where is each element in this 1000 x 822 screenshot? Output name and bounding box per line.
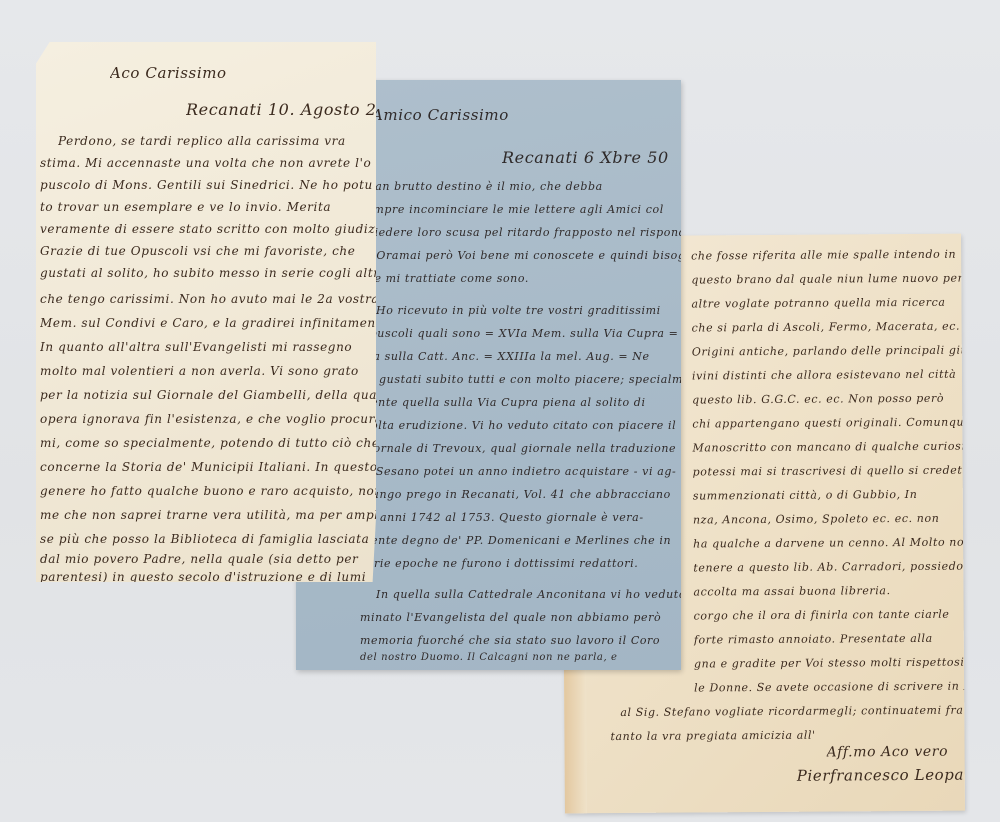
- letter-line: chi appartengano questi originali. Comun…: [692, 416, 962, 431]
- letter-line: Mem. sul Condivi e Caro, e la gradirei i…: [40, 316, 376, 330]
- letter-line: Giornale di Trevoux, qual giornale nella…: [360, 442, 681, 455]
- letter-line: corgo che il ora di finirla con tante ci…: [694, 608, 964, 623]
- letter-line: molto mal volentieri a non averla. Vi so…: [40, 364, 376, 378]
- letter-line: se più che posso la Biblioteca di famigl…: [40, 532, 376, 546]
- letter-line: Grazie di tue Opuscoli vsi che mi favori…: [40, 244, 376, 258]
- letter-line: che tengo carissimi. Non ho avuto mai le…: [40, 292, 376, 306]
- letter-dateline: Recanati 10. Agosto 29.: [186, 100, 376, 119]
- letter-dateline: Recanati 6 Xbre 50: [502, 148, 681, 167]
- letter-line: nza, Ancona, Osimo, Spoleto ec. ec. non: [693, 512, 963, 527]
- letter-line: Opuscoli quali sono = XVIa Mem. sulla Vi…: [360, 327, 681, 340]
- letter-line: accolta ma assai buona libreria.: [693, 584, 963, 599]
- letter-line: chiedere loro scusa pel ritardo frappost…: [360, 226, 681, 239]
- letter-line: genere ho fatto qualche buono e raro acq…: [40, 484, 376, 498]
- letter-line: le Donne. Se avete occasione di scrivere…: [694, 680, 964, 695]
- letter-line: altre voglate potranno quella mia ricerc…: [691, 296, 961, 311]
- letter-line: ivini distinti che allora esistevano nel…: [692, 368, 962, 383]
- letter-line: stima. Mi accennaste una volta che non a…: [40, 156, 376, 170]
- letter-line: tanto la vra pregiata amicizia all': [610, 728, 964, 743]
- letter-line: che si parla di Ascoli, Fermo, Macerata,…: [692, 320, 962, 335]
- letter-cream-left: Aco Carissimo Recanati 10. Agosto 29. Pe…: [36, 42, 376, 582]
- letter-line: li. Oramai però Voi bene mi conoscete e …: [360, 249, 681, 262]
- letter-line: puscolo di Mons. Gentili sui Sinedrici. …: [40, 178, 376, 192]
- letter-line: gustati al solito, ho subito messo in se…: [40, 266, 376, 280]
- letter-line: che mi trattiate come sono.: [360, 272, 681, 285]
- letter-line: concerne la Storia de' Municipii Italian…: [40, 460, 376, 474]
- letter-line: me che non saprei trarne vera utilità, m…: [40, 508, 376, 522]
- letter-line: parentesi) in questo secolo d'istruzione…: [40, 570, 376, 584]
- letter-line: gna e gradite per Voi stesso molti rispe…: [694, 656, 964, 671]
- letter-line: tenere a questo lib. Ab. Carradori, poss…: [693, 560, 963, 575]
- letter-line: Gran brutto destino è il mio, che debba: [360, 180, 681, 193]
- letter-line: Ho ricevuto in più volte tre vostri grad…: [376, 304, 681, 317]
- letter-line: gli anni 1742 al 1753. Questo giornale è…: [360, 511, 681, 524]
- letter-line: opera ignorava fin l'esistenza, e che vo…: [40, 412, 376, 426]
- letter-line: giungo prego in Recanati, Vol. 41 che ab…: [360, 488, 681, 501]
- letter-line: mente quella sulla Via Cupra piena al so…: [360, 396, 681, 409]
- letter-line: to trovar un esemplare e ve lo invio. Me…: [40, 200, 376, 214]
- letter-line: al Sig. Stefano vogliate ricordarmegli; …: [620, 704, 964, 719]
- letter-line: memoria fuorché che sia stato suo lavoro…: [360, 634, 681, 647]
- letter-line: varie epoche ne furono i dottissimi reda…: [360, 557, 681, 570]
- letter-line: di Sesano potei un anno indietro acquist…: [360, 465, 681, 478]
- letter-closing: Aff.mo Aco vero: [827, 744, 965, 761]
- letter-line: molta erudizione. Vi ho veduto citato co…: [360, 419, 681, 432]
- letter-line: minato l'Evangelista del quale non abbia…: [360, 611, 681, 624]
- letter-line: sempre incominciare le mie lettere agli …: [360, 203, 681, 216]
- letter-line: ha qualche a darvene un cenno. Al Molto …: [693, 536, 963, 551]
- letter-line: mente degno de' PP. Domenicani e Merline…: [360, 534, 681, 547]
- letter-line: mi, come so specialmente, potendo di tut…: [40, 436, 376, 450]
- letter-line: Perdono, se tardi replico alla carissima…: [58, 134, 376, 148]
- letter-signature: Pierfrancesco Leopardi: [797, 766, 965, 785]
- letter-line: veramente di essere stato scritto con mo…: [40, 222, 376, 236]
- letter-line: XIa sulla Catt. Anc. = XXIIIa la mel. Au…: [360, 350, 681, 363]
- letter-line: Origini antiche, parlando delle principa…: [692, 344, 962, 359]
- letter-line: Manoscritto con mancano di qualche curio…: [692, 440, 962, 455]
- letter-salutation: Amico Carissimo: [372, 106, 681, 124]
- letter-line: che fosse riferita alle mie spalle inten…: [691, 248, 961, 263]
- letter-salutation: Aco Carissimo: [110, 64, 376, 82]
- letter-line: questo brano dal quale niun lume nuovo p…: [691, 272, 961, 287]
- letter-line: summenzionati città, o di Gubbio, In: [693, 488, 963, 503]
- letter-line: dal mio povero Padre, nella quale (sia d…: [40, 552, 376, 566]
- letter-line: ho gustati subito tutti e con molto piac…: [360, 373, 681, 386]
- letter-line: per la notizia sul Giornale del Giambell…: [40, 388, 376, 402]
- letter-line: forte rimasto annoiato. Presentate alla: [694, 632, 964, 647]
- letter-line: In quanto all'altra sull'Evangelisti mi …: [40, 340, 376, 354]
- letter-line: In quella sulla Cattedrale Anconitana vi…: [376, 588, 681, 601]
- letter-line: questo lib. G.G.C. ec. ec. Non posso per…: [692, 392, 962, 407]
- letter-line: potessi mai si trascrivesi di quello si …: [693, 464, 963, 479]
- letter-line: del nostro Duomo. Il Calcagni non ne par…: [360, 652, 681, 663]
